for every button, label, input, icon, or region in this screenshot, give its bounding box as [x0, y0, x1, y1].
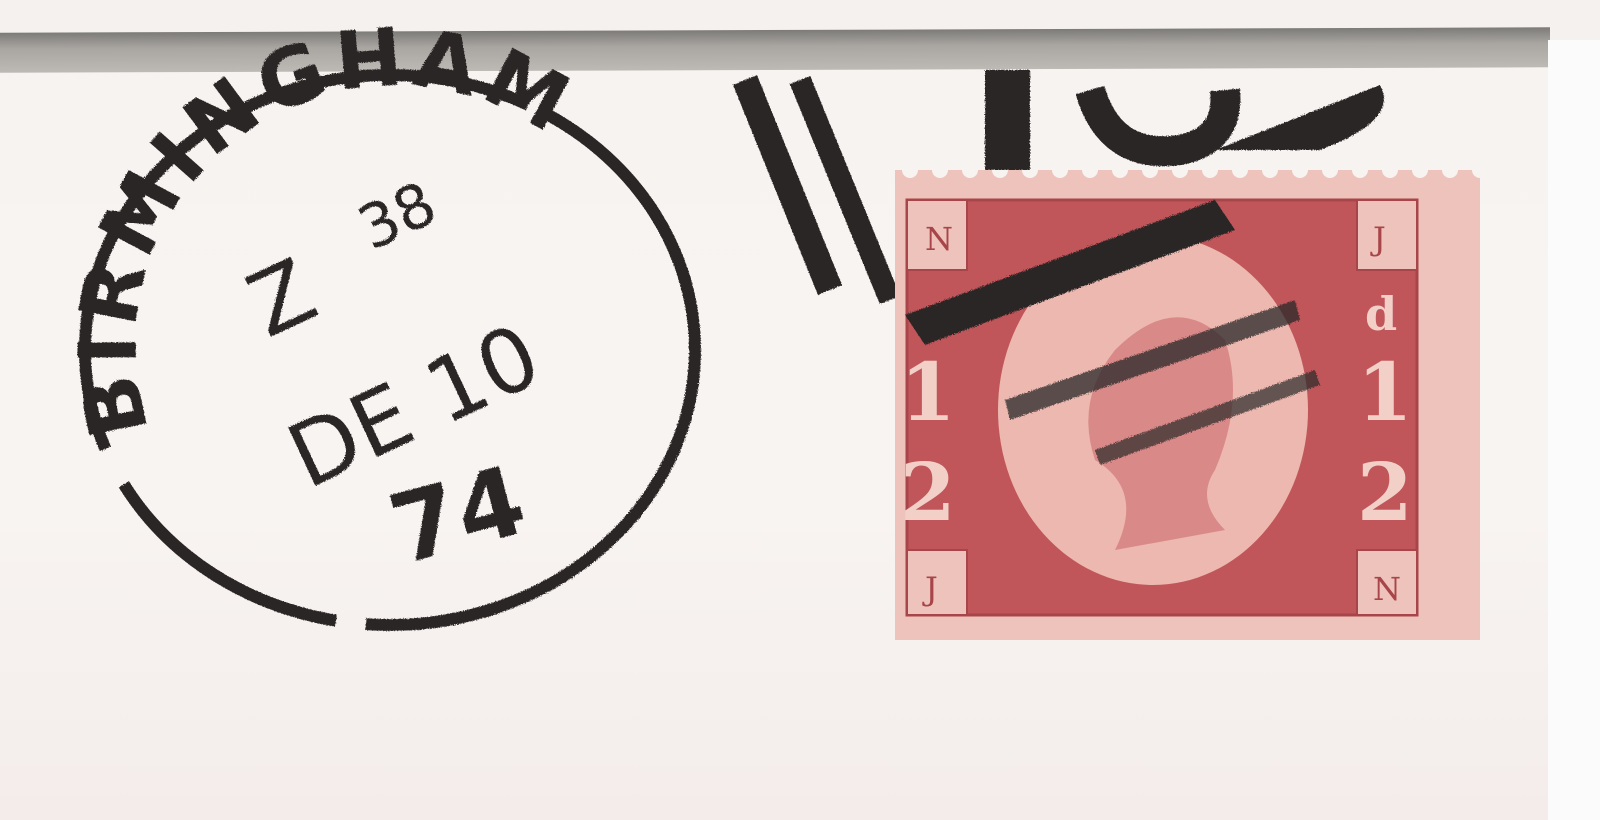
corner-letter-top-right: J: [1370, 220, 1386, 258]
corner-letter-top-left: N: [925, 220, 953, 258]
halfpenny-stamp: N J J N d 1 2 1 2: [895, 170, 1480, 640]
value-numerator-left: 1: [900, 345, 956, 439]
value-numerator: 1: [1357, 345, 1413, 439]
postmark-number: 38: [348, 169, 447, 265]
corner-letter-bottom-right: N: [1373, 570, 1401, 608]
corner-letter-bottom-left: J: [922, 570, 938, 608]
denomination-d: d: [1365, 287, 1397, 341]
postmark-code: Z: [233, 239, 331, 358]
value-denominator: 2: [1357, 445, 1413, 539]
value-denominator-left: 2: [900, 445, 956, 539]
